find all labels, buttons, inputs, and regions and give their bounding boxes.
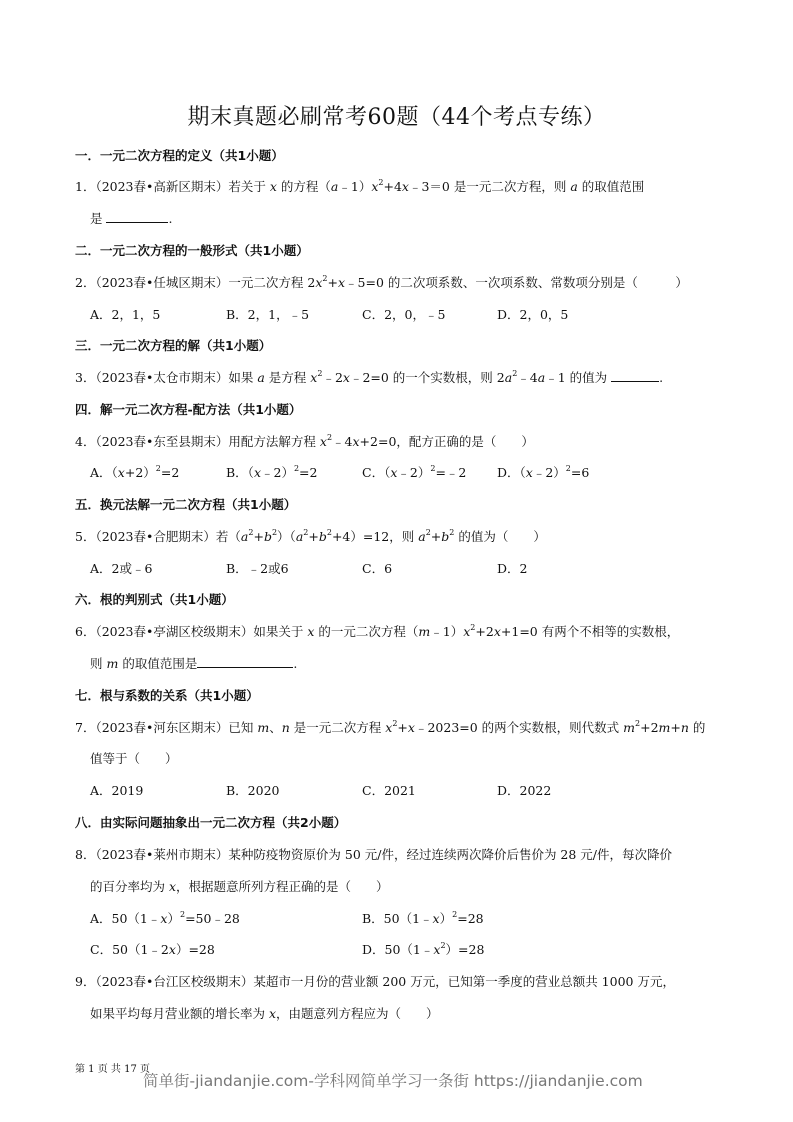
section-heading-8: 八．由实际问题抽象出一元二次方程（共2小题） [75,813,346,831]
question-source: （2023春•河东区期末） [95,720,228,735]
option-d[interactable]: D．50（1﹣x2）=28 [362,940,484,958]
section-heading-4: 四．解一元二次方程-配方法（共1小题） [75,400,301,418]
option-c[interactable]: C．2021 [362,781,416,799]
option-b[interactable]: B．2020 [226,781,280,799]
option-b[interactable]: B．2，1，﹣5 [226,305,309,323]
question-source: （2023春•合肥期末） [95,529,215,544]
question-4: 4．（2023春•东至县期末）用配方法解方程 x2﹣4x+2=0，配方正确的是（… [75,432,534,450]
answer-blank[interactable] [106,210,168,223]
page-title: 期末真题必刷常考60题（44个考点专练） [0,100,793,131]
option-c[interactable]: C．2，0，﹣5 [362,305,445,323]
page-indicator: 第 1 页 共 17 页 [75,1060,150,1075]
question-8-line-2: 的百分率均为 x，根据题意所列方程正确的是（ ） [90,877,389,895]
option-b[interactable]: B．﹣2或6 [226,559,289,577]
question-1: 1．（2023春•高新区期末）若关于 x 的方程（a﹣1）x2+4x﹣3＝0 是… [75,177,644,195]
watermark: 简单街-jiandanjie.com-学科网简单学习一条街 https://ji… [143,1069,643,1091]
question-8: 8．（2023春•莱州市期末）某种防疫物资原价为 50 元/件，经过连续两次降价… [75,845,672,863]
section-heading-5: 五．换元法解一元二次方程（共1小题） [75,495,296,513]
question-source: （2023春•莱州市期末） [95,847,228,862]
question-source: （2023春•亭湖区校级期末） [95,624,253,639]
section-heading-3: 三．一元二次方程的解（共1小题） [75,336,271,354]
document-page: 期末真题必刷常考60题（44个考点专练） 一．一元二次方程的定义（共1小题） 1… [0,0,793,1122]
question-7-line-2: 值等于（ ） [90,749,178,767]
option-b[interactable]: B．（x﹣2）2=2 [226,463,317,481]
question-6: 6．（2023春•亭湖区校级期末）如果关于 x 的一元二次方程（m﹣1）x2+2… [75,622,679,640]
option-c[interactable]: C．（x﹣2）2=﹣2 [362,463,466,481]
option-b[interactable]: B．50（1﹣x）2=28 [362,909,484,927]
question-5: 5．（2023春•合肥期末）若（a2+b2）（a2+b2+4）=12，则 a2+… [75,527,546,545]
question-source: （2023春•台江区校级期末） [95,974,253,989]
question-source: （2023春•东至县期末） [95,434,228,449]
question-9: 9．（2023春•台江区校级期末）某超市一月份的营业额 200 万元，已知第一季… [75,972,675,990]
question-1-line-2: 是 . [90,209,172,227]
answer-blank[interactable] [611,369,659,382]
option-d[interactable]: D．2022 [497,781,551,799]
option-c[interactable]: C．6 [362,559,392,577]
question-3: 3．（2023春•太仓市期末）如果 a 是方程 x2﹣2x﹣2=0 的一个实数根… [75,368,663,386]
question-source: （2023春•任城区期末） [95,275,228,290]
option-a[interactable]: A．2或﹣6 [90,559,152,577]
answer-blank[interactable] [197,655,293,668]
question-9-line-2: 如果平均每月营业额的增长率为 x，由题意列方程应为（ ） [90,1004,439,1022]
option-a[interactable]: A．2019 [90,781,143,799]
question-source: （2023春•太仓市期末） [95,370,228,385]
question-7: 7．（2023春•河东区期末）已知 m、n 是一元二次方程 x2+x﹣2023=… [75,718,705,736]
question-2: 2．（2023春•任城区期末）一元二次方程 2x2+x﹣5=0 的二次项系数、一… [75,273,688,291]
question-6-line-2: 则 m 的取值范围是. [90,654,297,672]
option-a[interactable]: A．2，1，5 [90,305,160,323]
option-c[interactable]: C．50（1﹣2x）=28 [90,940,215,958]
option-d[interactable]: D．2，0，5 [497,305,568,323]
section-heading-6: 六．根的判别式（共1小题） [75,590,234,608]
option-d[interactable]: D．（x﹣2）2=6 [497,463,589,481]
section-heading-1: 一．一元二次方程的定义（共1小题） [75,146,284,164]
section-heading-7: 七．根与系数的关系（共1小题） [75,686,259,704]
option-d[interactable]: D．2 [497,559,527,577]
section-heading-2: 二．一元二次方程的一般形式（共1小题） [75,241,309,259]
option-a[interactable]: A．50（1﹣x）2=50﹣28 [90,909,240,927]
option-a[interactable]: A．（x+2）2=2 [90,463,179,481]
question-source: （2023春•高新区期末） [95,179,228,194]
